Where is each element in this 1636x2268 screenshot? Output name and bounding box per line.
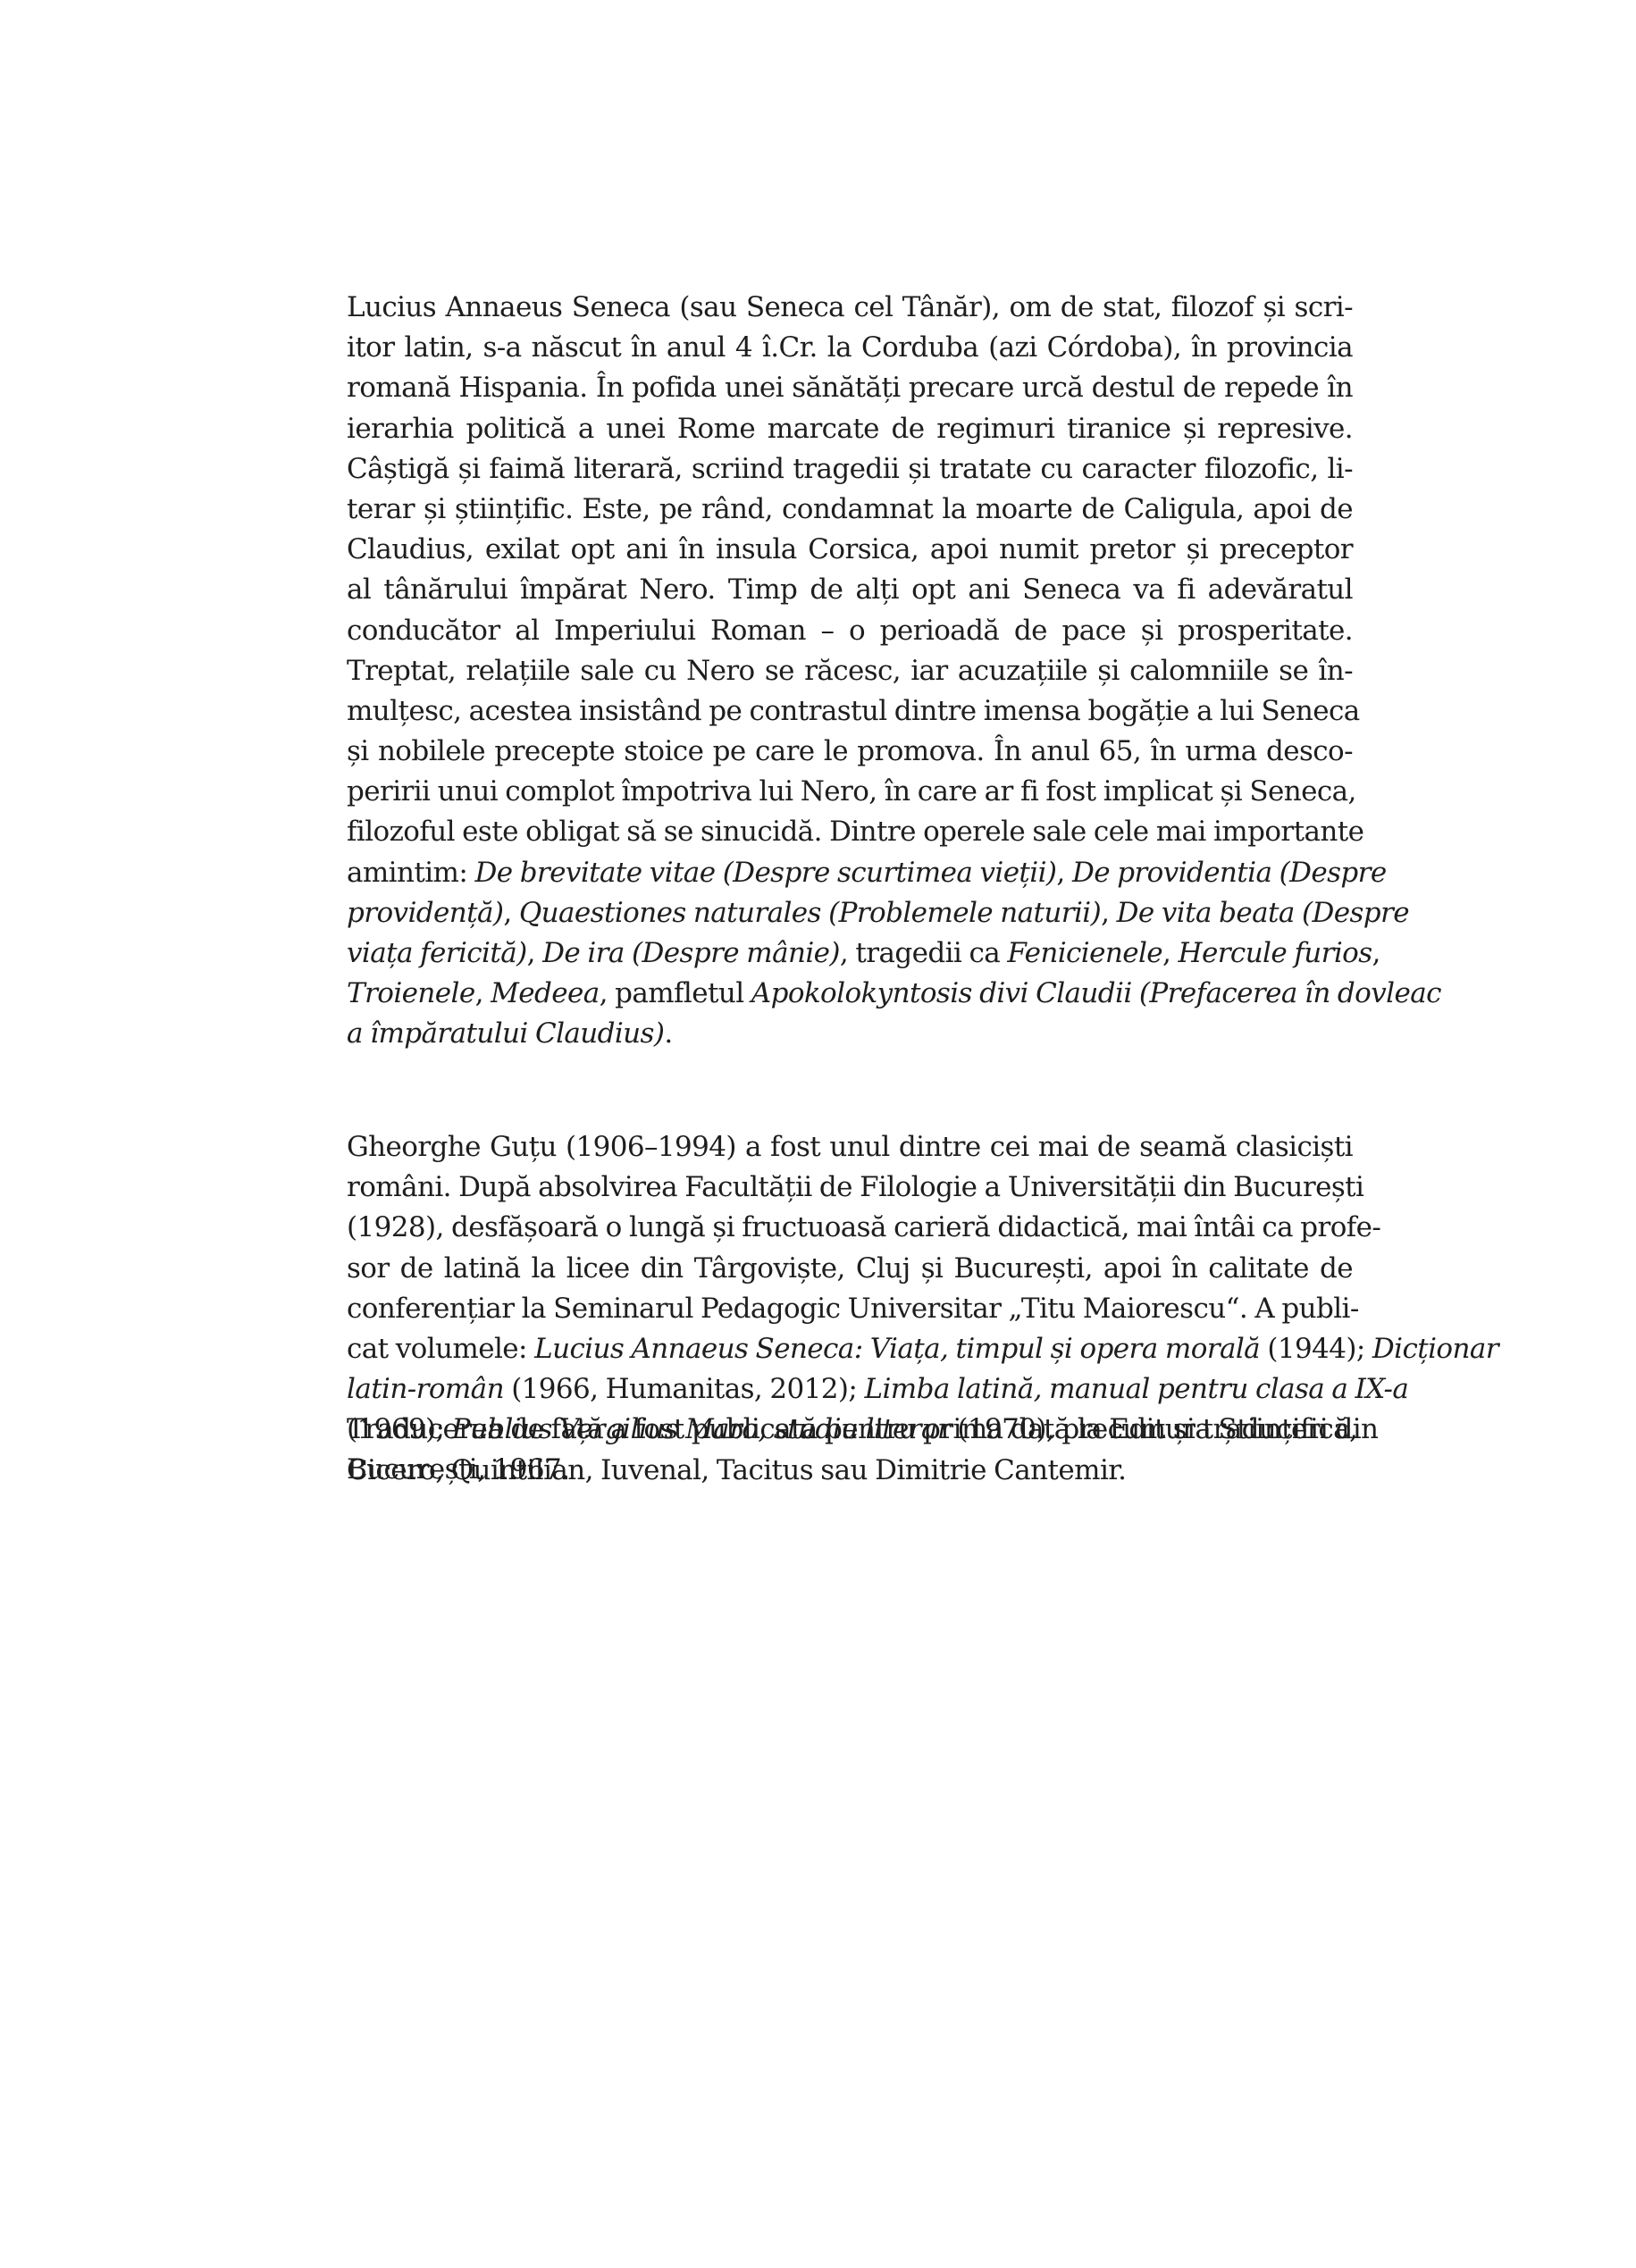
body-text: , <box>1056 857 1072 889</box>
text-line: peririi unui complot împotriva lui Nero,… <box>347 772 1353 812</box>
text-line: conducător al Imperiului Roman – o perio… <box>347 611 1353 651</box>
italic-title-text: Apokolokyntosis divi Claudii (Prefacerea… <box>751 977 1441 1009</box>
italic-title-text: viața fericită) <box>347 937 527 969</box>
text-line: (1928), desfășoară o lungă și fructuoasă… <box>347 1208 1353 1248</box>
italic-title-text: Limba latină, manual pentru clasa a IX-a <box>865 1373 1409 1405</box>
body-text: (1966, Humanitas, 2012); <box>504 1373 865 1405</box>
text-line: români. După absolvirea Facultății de Fi… <box>347 1167 1353 1208</box>
body-text: , <box>1372 937 1380 969</box>
body-text: , <box>503 897 519 929</box>
body-text: români. După absolvirea Facultății de Fi… <box>347 1171 1363 1203</box>
book-page: Lucius Annaeus Seneca (sau Seneca cel Tâ… <box>0 0 1636 2268</box>
text-line: ierarhia politică a unei Rome marcate de… <box>347 409 1353 449</box>
text-line: Traducerea de față a fost publicată pent… <box>347 1410 1353 1450</box>
body-text: București, 1967. <box>347 1453 569 1485</box>
text-line: terar și științific. Este, pe rând, cond… <box>347 490 1353 530</box>
body-text: (1928), desfășoară o lungă și fructuoasă… <box>347 1211 1380 1243</box>
text-line: filozoful este obligat să se sinucidă. D… <box>347 812 1353 852</box>
italic-title-text: Quaestiones naturales (Problemele naturi… <box>519 897 1101 929</box>
text-line: amintim: De brevitate vitae (Despre scur… <box>347 853 1353 893</box>
body-text: Câștigă și faimă literară, scriind trage… <box>347 453 1353 485</box>
body-text: peririi unui complot împotriva lui Nero,… <box>347 775 1356 808</box>
text-line: Gheorghe Guțu (1906–1994) a fost unul di… <box>347 1127 1353 1167</box>
body-text: terar și științific. Este, pe rând, cond… <box>347 493 1353 525</box>
paragraph-seneca-biography: Lucius Annaeus Seneca (sau Seneca cel Tâ… <box>347 288 1353 1055</box>
text-line: cat volumele: Lucius Annaeus Seneca: Via… <box>347 1329 1353 1369</box>
text-line: itor latin, s-a născut în anul 4 î.Cr. l… <box>347 328 1353 368</box>
body-text: conferențiar la Seminarul Pedagogic Univ… <box>347 1293 1359 1325</box>
body-text: filozoful este obligat să se sinucidă. D… <box>347 816 1363 848</box>
body-text: cat volumele: <box>347 1333 534 1365</box>
body-text: , <box>1162 937 1179 969</box>
italic-title-text: a împăratului Claudius) <box>347 1017 664 1050</box>
text-line: conferențiar la Seminarul Pedagogic Univ… <box>347 1289 1353 1329</box>
body-text: Claudius, exilat opt ani în insula Corsi… <box>347 533 1353 565</box>
body-text: și nobilele precepte stoice pe care le p… <box>347 735 1353 767</box>
body-text: al tânărului împărat Nero. Timp de alți … <box>347 573 1353 606</box>
body-text: Traducerea de față a fost publicată pent… <box>347 1413 1357 1445</box>
italic-title-text: Fenicienele <box>1007 937 1162 969</box>
text-line: Troienele, Medeea, pamfletul Apokolokynt… <box>347 974 1353 1014</box>
text-line: al tânărului împărat Nero. Timp de alți … <box>347 570 1353 610</box>
text-line: latin-român (1966, Humanitas, 2012); Lim… <box>347 1369 1353 1410</box>
body-text: ierarhia politică a unei Rome marcate de… <box>347 413 1353 445</box>
italic-title-text: Troienele <box>347 977 475 1009</box>
text-line: și nobilele precepte stoice pe care le p… <box>347 732 1353 772</box>
text-line: Claudius, exilat opt ani în insula Corsi… <box>347 530 1353 570</box>
body-text: , <box>527 937 543 969</box>
italic-title-text: De providentia (Despre <box>1072 857 1387 889</box>
italic-title-text: Hercule furios <box>1179 937 1372 969</box>
body-text: (1944); <box>1260 1333 1372 1365</box>
text-line: viața fericită), De ira (Despre mânie), … <box>347 933 1353 974</box>
text-line: Lucius Annaeus Seneca (sau Seneca cel Tâ… <box>347 288 1353 328</box>
italic-title-text: Dicționar <box>1372 1333 1498 1365</box>
italic-title-text: Lucius Annaeus Seneca: Viața, timpul și … <box>534 1333 1260 1365</box>
body-text: amintim: <box>347 857 474 889</box>
italic-title-text: De ira (Despre mânie) <box>542 937 840 969</box>
italic-title-text: providență) <box>347 897 503 929</box>
body-text: , <box>1101 897 1117 929</box>
text-line: romană Hispania. În pofida unei sănătăți… <box>347 368 1353 408</box>
italic-title-text: De vita beata (Despre <box>1117 897 1409 929</box>
paragraph-publication-note: Traducerea de față a fost publicată pent… <box>347 1410 1353 1490</box>
text-line: Câștigă și faimă literară, scriind trage… <box>347 449 1353 490</box>
text-line: providență), Quaestiones naturales (Prob… <box>347 893 1353 933</box>
body-text: Treptat, relațiile sale cu Nero se răces… <box>347 655 1353 687</box>
text-line: sor de latină la licee din Târgoviște, C… <box>347 1249 1353 1289</box>
body-text: sor de latină la licee din Târgoviște, C… <box>347 1252 1353 1285</box>
body-text: Lucius Annaeus Seneca (sau Seneca cel Tâ… <box>347 291 1353 323</box>
body-text: mulțesc, acestea insistând pe contrastul… <box>347 695 1360 727</box>
body-text: itor latin, s-a născut în anul 4 î.Cr. l… <box>347 331 1353 364</box>
text-line: București, 1967. <box>347 1450 1353 1490</box>
text-line: Treptat, relațiile sale cu Nero se răces… <box>347 651 1353 691</box>
body-text: conducător al Imperiului Roman – o perio… <box>347 615 1353 647</box>
body-text: romană Hispania. În pofida unei sănătăți… <box>347 372 1353 404</box>
italic-title-text: Medeea <box>491 977 600 1009</box>
body-text: , <box>475 977 491 1009</box>
body-text: Gheorghe Guțu (1906–1994) a fost unul di… <box>347 1131 1353 1163</box>
body-text: , pamfletul <box>600 977 751 1009</box>
italic-title-text: latin-român <box>347 1373 504 1405</box>
text-line: mulțesc, acestea insistând pe contrastul… <box>347 691 1353 732</box>
text-line: a împăratului Claudius). <box>347 1014 1353 1054</box>
body-text: , tragedii ca <box>840 937 1007 969</box>
italic-title-text: De brevitate vitae (Despre scurtimea vie… <box>474 857 1056 889</box>
body-text: . <box>664 1017 672 1050</box>
